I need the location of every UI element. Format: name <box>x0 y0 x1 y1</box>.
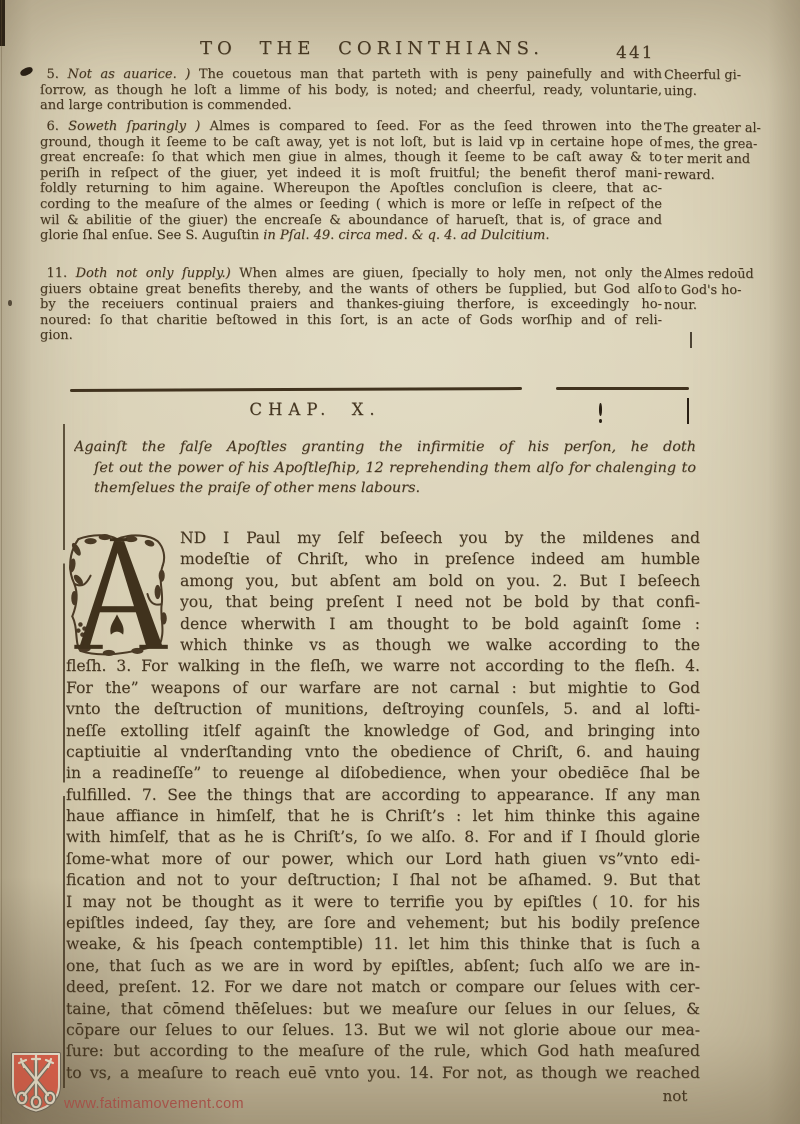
annotation-note-11: 11. Doth not only ſupply.) When almes ar… <box>40 266 662 344</box>
annotation-note-6: 6. Soweth ſparingly ) Almes is compared … <box>40 119 662 244</box>
watermark-url: www.fatimamovement.com <box>64 1096 244 1112</box>
section-rule-short <box>556 387 689 390</box>
ink-blot <box>19 66 34 78</box>
woodcut-initial-a-icon <box>64 531 170 657</box>
crossed-keys-shield-icon <box>10 1051 62 1113</box>
ink-mark <box>687 398 689 424</box>
margin-note-gods-honour: Almes redoūdto God's ho-nour. <box>664 267 798 314</box>
ink-mark <box>690 332 692 348</box>
margin-note-cheerful-giuing: Cheerful gi-uing. <box>664 68 798 99</box>
scanned-book-page: TO THE CORINTHIANS. 441 5. Not as auaric… <box>0 0 800 1124</box>
scan-edge-line <box>1 0 2 1124</box>
section-rule <box>70 387 522 392</box>
chapter-heading: CHAP. X. <box>0 400 630 419</box>
ink-mark <box>599 403 602 416</box>
annotation-note-5: 5. Not as auarice. ) The couetous man th… <box>40 67 662 114</box>
margin-note-greater-almes: The greater al-mes, the grea-ter merit a… <box>664 121 798 183</box>
decorative-initial-woodcut <box>64 531 170 657</box>
ink-blot <box>8 300 12 306</box>
page-number: 441 <box>616 43 654 63</box>
catchword: not <box>640 1087 710 1105</box>
chapter-argument: Againſt the falſe Apoſtles granting the … <box>74 437 696 499</box>
chapter-body-text: ND I Paul my ſelf beſeech you by the mil… <box>66 528 700 1088</box>
text-block-left-rule <box>63 424 65 1088</box>
